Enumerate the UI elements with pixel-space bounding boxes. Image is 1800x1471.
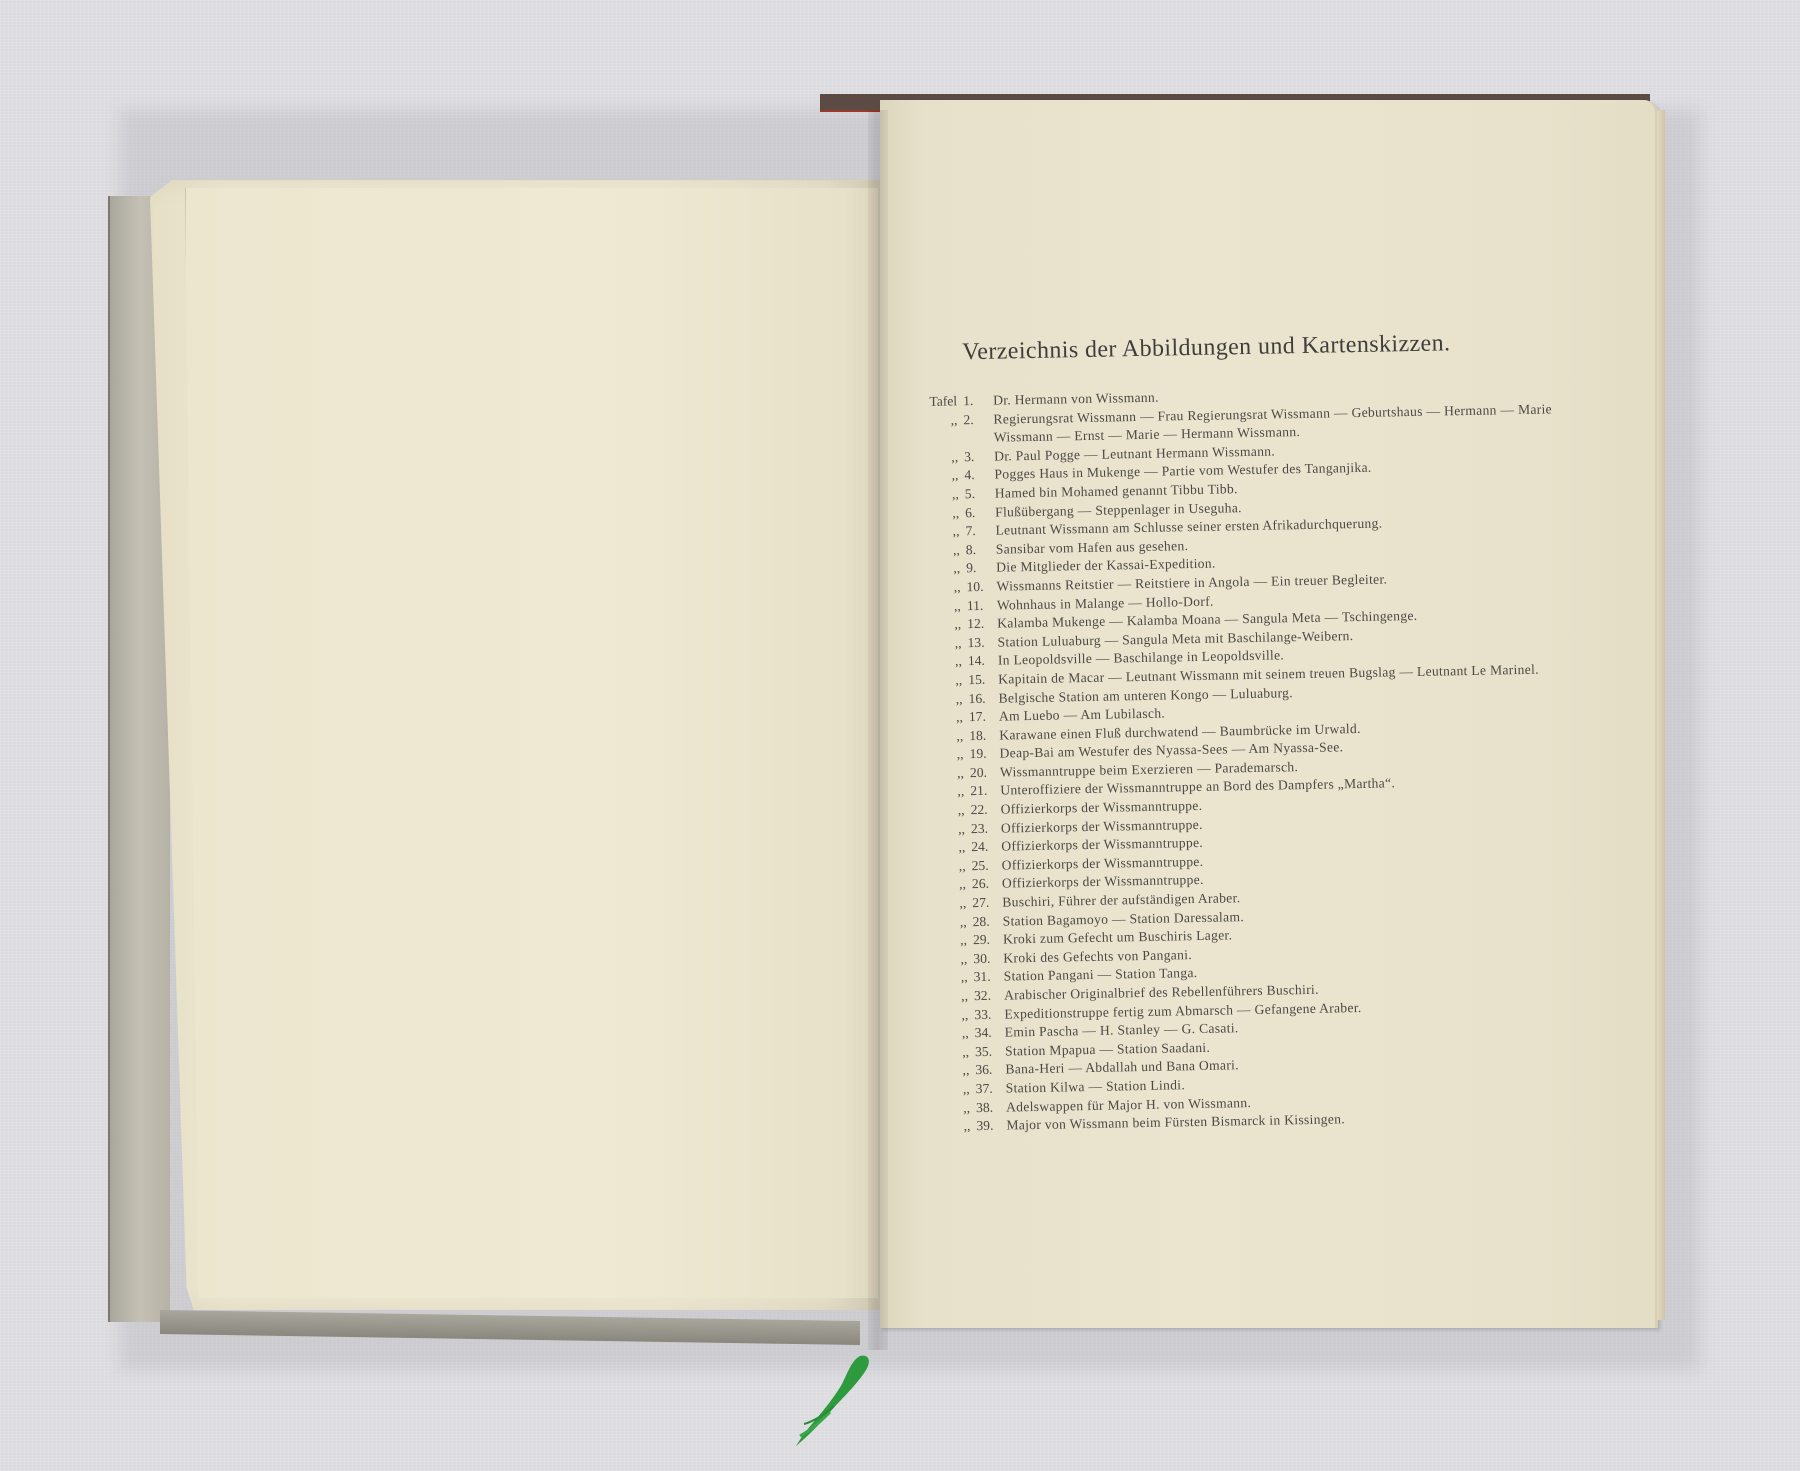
plate-prefix: ,,	[929, 820, 971, 839]
plate-number: 30.	[973, 949, 1003, 968]
plate-prefix: ,,	[923, 485, 965, 504]
plate-number: 8.	[966, 540, 996, 559]
plate-number: 26.	[972, 875, 1002, 894]
bookmark-ribbon-icon	[790, 1354, 880, 1454]
plate-number: 21.	[970, 782, 1000, 801]
plate-number: 35.	[975, 1042, 1005, 1061]
book-gutter	[868, 110, 888, 1350]
plate-prefix: ,,	[928, 801, 970, 820]
plate-number: 38.	[976, 1098, 1006, 1117]
plate-number: 19.	[969, 745, 999, 764]
plate-number: 31.	[974, 968, 1004, 987]
plate-prefix: ,,	[926, 690, 968, 709]
plate-prefix: ,,	[930, 894, 972, 913]
plate-number: 27.	[972, 894, 1002, 913]
plate-prefix: ,,	[922, 448, 964, 467]
plate-prefix: ,,	[922, 467, 964, 486]
plate-prefix: ,,	[934, 1080, 976, 1099]
plate-number: 28.	[973, 912, 1003, 931]
plate-number: 22.	[970, 801, 1000, 820]
plate-number: 18.	[969, 726, 999, 745]
plate-prefix: ,,	[931, 950, 973, 969]
plate-number: 6.	[965, 503, 995, 522]
plate-number: 7.	[965, 522, 995, 541]
plate-prefix: ,,	[934, 1099, 976, 1118]
plate-number: 2.	[963, 410, 994, 448]
plate-prefix: ,,	[928, 764, 970, 783]
plate-prefix: Tafel	[921, 392, 963, 411]
plate-number: 25.	[971, 856, 1001, 875]
plate-number: 4.	[964, 466, 994, 485]
plate-number: 5.	[965, 485, 995, 504]
plate-number: 15.	[968, 671, 998, 690]
plate-prefix: ,,	[927, 727, 969, 746]
plate-prefix: ,,	[932, 1006, 974, 1025]
plate-prefix: ,,	[924, 560, 966, 579]
plate-prefix: ,,	[926, 652, 968, 671]
plate-prefix: ,,	[932, 969, 974, 988]
plate-prefix: ,,	[927, 745, 969, 764]
plate-number: 12.	[967, 615, 997, 634]
plate-number: 34.	[975, 1024, 1005, 1043]
plate-number: 24.	[971, 838, 1001, 857]
plate-prefix: ,,	[921, 411, 964, 449]
plate-number: 37.	[976, 1080, 1006, 1099]
plate-number: 33.	[974, 1005, 1004, 1024]
plate-number: 39.	[976, 1117, 1006, 1136]
plate-number: 17.	[969, 708, 999, 727]
plate-prefix: ,,	[924, 578, 966, 597]
plate-prefix: ,,	[928, 783, 970, 802]
plate-prefix: ,,	[933, 1043, 975, 1062]
plate-prefix: ,,	[927, 708, 969, 727]
list-of-illustrations: Verzeichnis der Abbildungen und Kartensk…	[920, 328, 1574, 1136]
plate-number: 16.	[968, 689, 998, 708]
plate-number: 1.	[963, 392, 993, 411]
illustration-list: Tafel1.Dr. Hermann von Wissmann.,,2.Regi…	[921, 381, 1575, 1136]
plate-number: 23.	[971, 819, 1001, 838]
plate-prefix: ,,	[929, 857, 971, 876]
plate-number: 36.	[975, 1061, 1005, 1080]
plate-prefix: ,,	[931, 931, 973, 950]
plate-number: 29.	[973, 931, 1003, 950]
plate-prefix: ,,	[925, 615, 967, 634]
plate-prefix: ,,	[929, 838, 971, 857]
plate-prefix: ,,	[923, 504, 965, 523]
plate-number: 14.	[968, 652, 998, 671]
plate-number: 13.	[967, 633, 997, 652]
plate-prefix: ,,	[934, 1117, 976, 1136]
plate-prefix: ,,	[924, 541, 966, 560]
plate-number: 20.	[970, 763, 1000, 782]
plate-prefix: ,,	[930, 876, 972, 895]
plate-prefix: ,,	[932, 987, 974, 1006]
plate-number: 11.	[967, 596, 997, 615]
plate-prefix: ,,	[923, 522, 965, 541]
left-page-surface	[185, 188, 878, 1298]
page-block-edge	[1657, 110, 1665, 1320]
plate-prefix: ,,	[925, 634, 967, 653]
plate-prefix: ,,	[925, 597, 967, 616]
plate-number: 3.	[964, 447, 994, 466]
plate-prefix: ,,	[933, 1024, 975, 1043]
plate-prefix: ,,	[926, 671, 968, 690]
plate-prefix: ,,	[933, 1061, 975, 1080]
plate-number: 32.	[974, 987, 1004, 1006]
plate-number: 9.	[966, 559, 996, 578]
plate-number: 10.	[966, 578, 996, 597]
plate-prefix: ,,	[931, 913, 973, 932]
